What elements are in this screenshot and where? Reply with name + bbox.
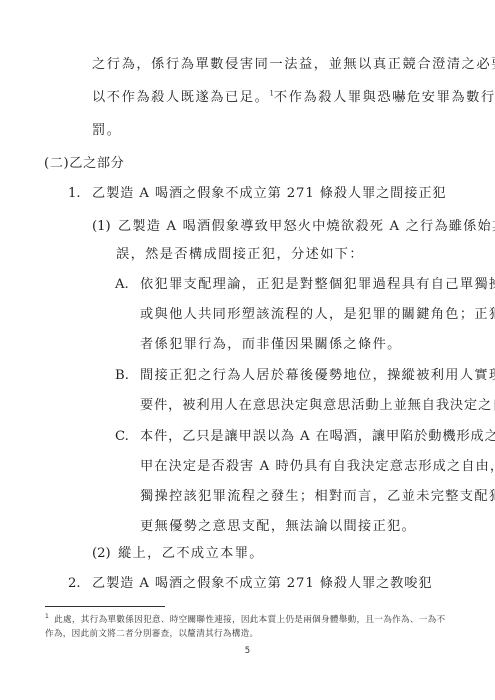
point-label: A. — [115, 277, 129, 293]
paragraph-text: 不作為殺人罪與恐嚇危安罪為數行為數罪併 — [274, 90, 495, 105]
paragraph-line: 罰。 — [92, 123, 122, 139]
point-line: 本件，乙只是讓甲誤以為 A 在喝酒，讓甲陷於動機形成之錯誤， — [140, 429, 495, 445]
item-number: 1. — [68, 186, 81, 202]
document-page: 之行為，係行為單數侵害同一法益，並無以真正競合澄清之必要，僅論 以不作為殺人既遂… — [0, 0, 495, 700]
subitem-line: 乙製造 A 喝酒假象導致甲怒火中燒欲殺死 A 之行為雖係始其動機錯 — [118, 219, 495, 235]
section-heading: (二)乙之部分 — [44, 156, 124, 172]
subitem-number: (2) — [92, 546, 111, 562]
footnote-line: 1此處，其行為單數係因犯意、時空關聯性連接，因此本質上仍是兩個身體舉動，且一為作… — [45, 614, 445, 626]
paragraph-text: 以不作為殺人既遂為已足。 — [92, 90, 269, 105]
page-number: 5 — [0, 646, 495, 656]
footnote-number: 1 — [45, 613, 49, 620]
point-line: 甲在決定是否殺害 A 時仍具有自我決定意志形成之自由，並單 — [140, 459, 495, 475]
point-line: 者係犯罪行為，而非僅因果關係之條件。 — [140, 337, 402, 353]
footnote-text: 此處，其行為單數係因犯意、時空關聯性連接，因此本質上仍是兩個身體舉動，且一為作為… — [54, 615, 445, 625]
point-line: 間接正犯之行為人居於幕後優勢地位，操縱被利用人實現構成 — [140, 368, 495, 384]
point-label: C. — [115, 429, 129, 445]
point-line: 依犯罪支配理論，正犯是對整個犯罪過程具有自己單獨操控， — [140, 277, 495, 293]
item-number: 2. — [68, 576, 81, 592]
item-title: 乙製造 A 喝酒之假象不成立第 271 條殺人罪之間接正犯 — [92, 186, 447, 202]
paragraph-line: 之行為，係行為單數侵害同一法益，並無以真正競合澄清之必要，僅論 — [92, 57, 495, 73]
point-label: B. — [115, 368, 129, 384]
paragraph-line: 以不作為殺人既遂為已足。1不作為殺人罪與恐嚇危安罪為數行為數罪併 — [92, 90, 495, 106]
footnote-separator — [45, 606, 165, 607]
point-line: 要件，被利用人在意思決定與意思活動上並無自我決定之自由。 — [140, 398, 495, 414]
point-line: 或與他人共同形塑該流程的人，是犯罪的關鍵角色；正犯支配 — [140, 307, 495, 323]
footnote-line: 作為，因此前文將二者分別審查，以釐清其行為構造。 — [45, 628, 258, 640]
subitem-line: 誤，然是否構成間接正犯，分述如下： — [116, 247, 364, 263]
point-line: 獨操控該犯罪流程之發生；相對而言，乙並未完整支配犯行， — [140, 489, 495, 505]
subitem-line: 縱上，乙不成立本罪。 — [118, 546, 264, 562]
subitem-number: (1) — [92, 219, 111, 235]
point-line: 更無優勢之意思支配，無法論以間接正犯。 — [140, 519, 416, 535]
item-title: 乙製造 A 喝酒之假象不成立第 271 條殺人罪之教唆犯 — [92, 576, 432, 592]
